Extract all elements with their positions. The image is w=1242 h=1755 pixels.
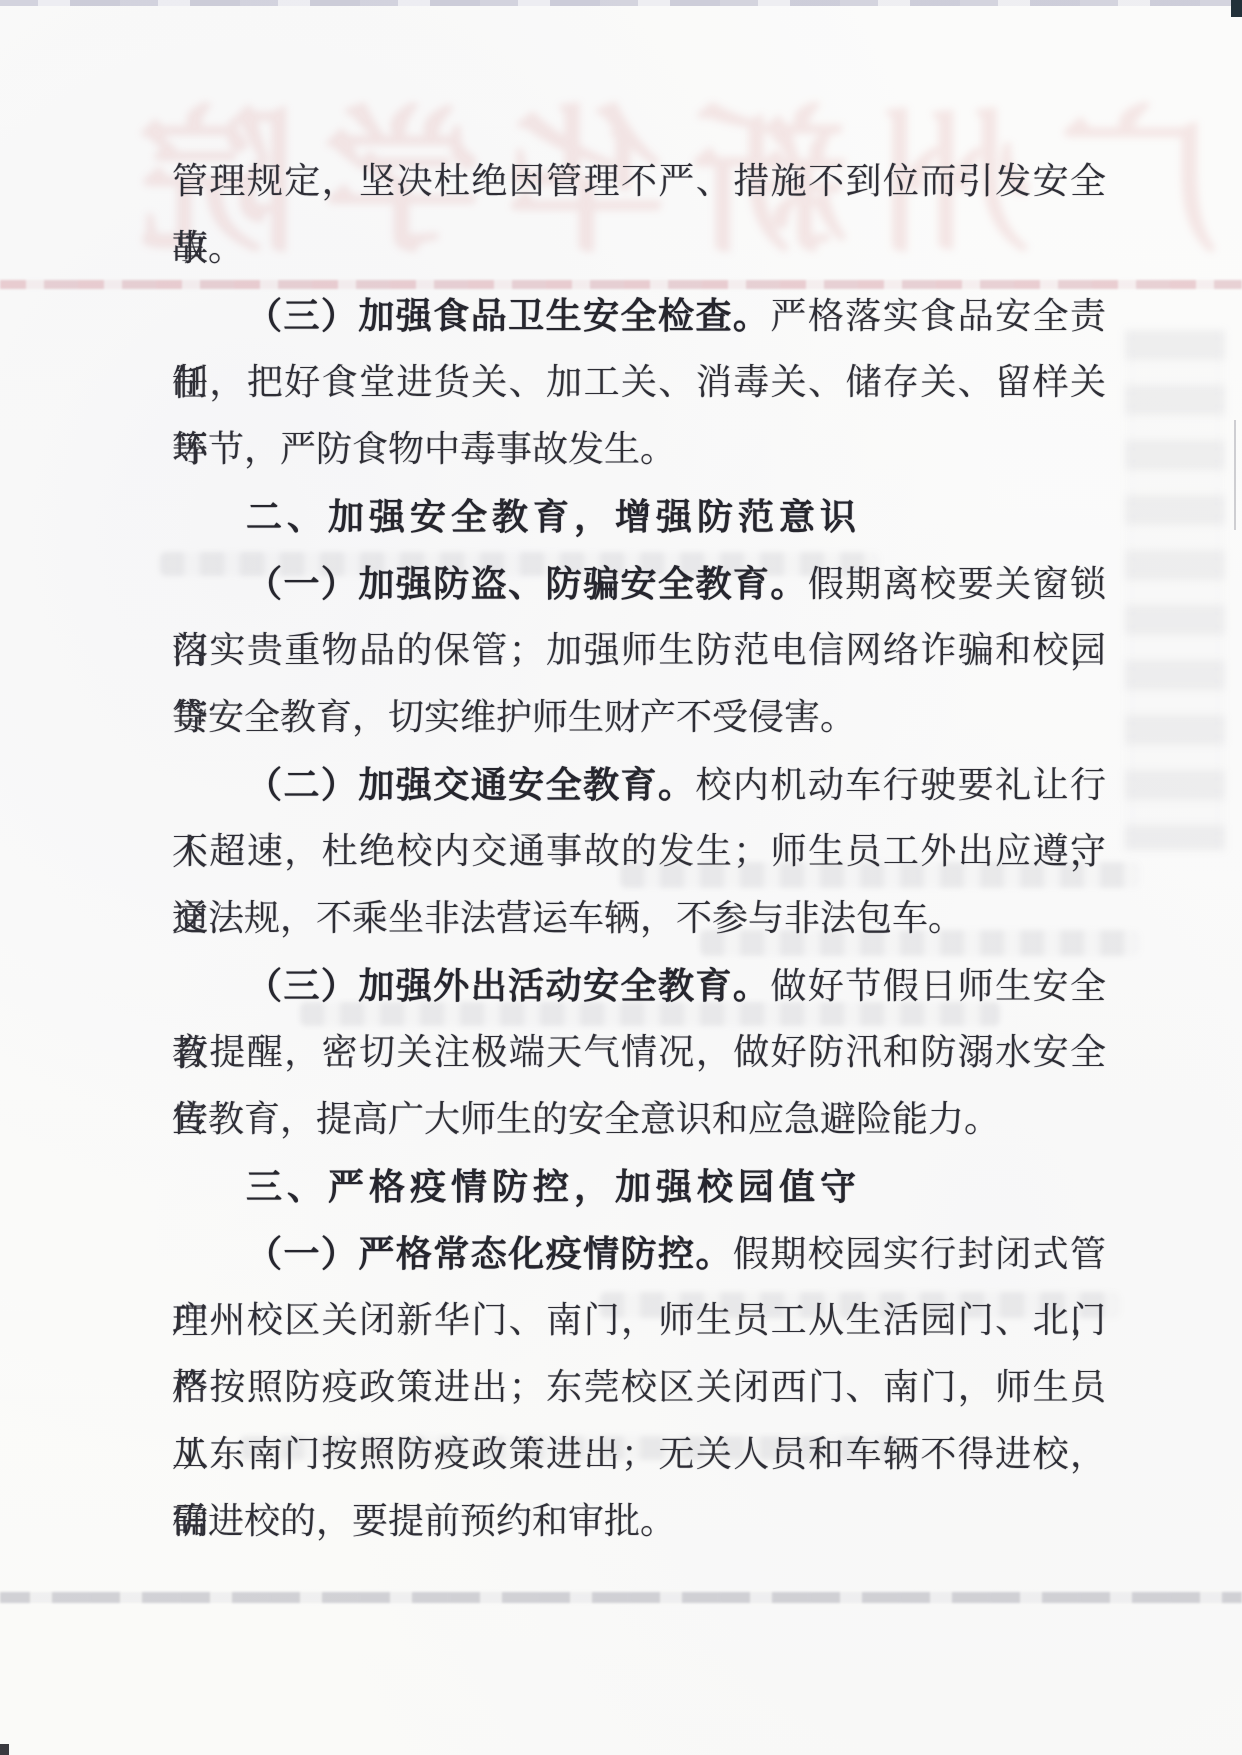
body-text: 需进校的，要提前预约和审批。 — [172, 1501, 676, 1541]
text-line: 等安全教育，切实维护师生财产不受侵害。 — [172, 684, 1106, 751]
emphasis-text: 二、加强安全教育，增强防范意识 — [246, 496, 861, 537]
text-line: 环节，严防食物中毒事故发生。 — [172, 416, 1106, 483]
text-line: 从东南门按照防疫政策进出；无关人员和车辆不得进校，确 — [172, 1421, 1106, 1488]
bleed-through-smudge-column — [1125, 330, 1225, 850]
text-line: （二）加强交通安全教育。校内机动车行驶要礼让行人， — [172, 751, 1106, 818]
text-line: 广州校区关闭新华门、南门，师生员工从生活园门、北门严 — [172, 1287, 1106, 1354]
emphasis-text: （一）严格常态化疫情防控。 — [246, 1233, 733, 1274]
text-line: 管理规定，坚决杜绝因管理不严、措施不到位而引发安全事 — [172, 148, 1106, 215]
scan-edge-artifact-right — [1234, 420, 1236, 530]
body-text: 故。 — [172, 228, 244, 268]
emphasis-text: （三）加强外出活动安全教育。 — [246, 965, 770, 1006]
document-body: 管理规定，坚决杜绝因管理不严、措施不到位而引发安全事故。（三）加强食品卫生安全检… — [172, 148, 1106, 1555]
scan-corner-mark-top-right — [1231, 0, 1242, 17]
body-text: 环节，严防食物中毒事故发生。 — [172, 429, 676, 469]
scan-edge-strip-top — [0, 0, 1242, 6]
emphasis-text: （一）加强防盗、防骗安全教育。 — [246, 563, 808, 604]
scan-corner-mark-bottom-left — [0, 1744, 9, 1755]
text-line: 传教育，提高广大师生的安全意识和应急避险能力。 — [172, 1086, 1106, 1153]
text-line: （三）加强食品卫生安全检查。严格落实食品安全责任 — [172, 282, 1106, 349]
text-line: （一）加强防盗、防骗安全教育。假期离校要关窗锁门， — [172, 550, 1106, 617]
text-line: 故。 — [172, 215, 1106, 282]
emphasis-text: （三）加强食品卫生安全检查。 — [246, 295, 770, 336]
section-heading-line: 三、严格疫情防控，加强校园值守 — [172, 1153, 1106, 1220]
text-line: （三）加强外出活动安全教育。做好节假日师生安全教 — [172, 952, 1106, 1019]
text-line: 制，把好食堂进货关、加工关、消毒关、储存关、留样关等 — [172, 349, 1106, 416]
text-line: 需进校的，要提前预约和审批。 — [172, 1488, 1106, 1555]
text-line: 育提醒，密切关注极端天气情况，做好防汛和防溺水安全宣 — [172, 1019, 1106, 1086]
emphasis-text: 三、严格疫情防控，加强校园值守 — [246, 1166, 861, 1207]
body-text: 传教育，提高广大师生的安全意识和应急避险能力。 — [172, 1099, 1000, 1139]
text-line: 不超速，杜绝校内交通事故的发生；师生员工外出应遵守交 — [172, 818, 1106, 885]
scanned-document-page: 广州新华学院 管理规定，坚决杜绝因管理不严、措施不到位而引发安全事故。（三）加强… — [0, 0, 1242, 1755]
section-heading-line: 二、加强安全教育，增强防范意识 — [172, 483, 1106, 550]
emphasis-text: （二）加强交通安全教育。 — [246, 764, 695, 805]
scan-artifact-band-gray — [0, 1592, 1242, 1603]
text-line: 落实贵重物品的保管；加强师生防范电信网络诈骗和校园贷 — [172, 617, 1106, 684]
text-line: 通法规，不乘坐非法营运车辆，不参与非法包车。 — [172, 885, 1106, 952]
body-text: 通法规，不乘坐非法营运车辆，不参与非法包车。 — [172, 898, 964, 938]
text-line: （一）严格常态化疫情防控。假期校园实行封闭式管理， — [172, 1220, 1106, 1287]
body-text: 等安全教育，切实维护师生财产不受侵害。 — [172, 697, 856, 737]
text-line: 格按照防疫政策进出；东莞校区关闭西门、南门，师生员工 — [172, 1354, 1106, 1421]
